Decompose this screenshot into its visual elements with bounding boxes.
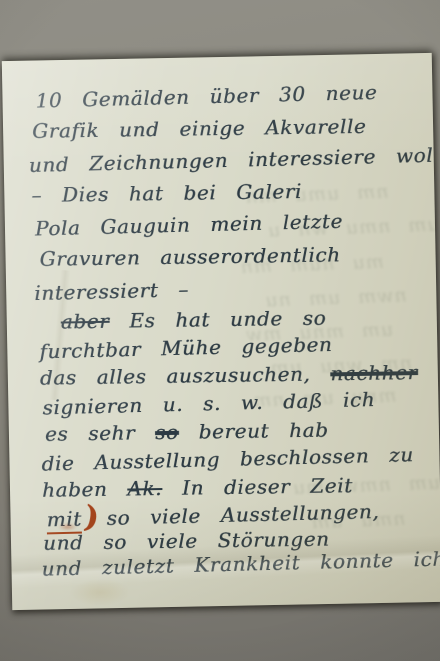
manuscript-line: aber Es hat unde so (61, 305, 327, 335)
manuscript-line: haben Ak. In dieser Zeit (42, 472, 353, 503)
manuscript-line: 10 Gemälden über 30 neue (35, 79, 377, 114)
handwriting-text: 10 Gemälden über 30 neue (35, 80, 377, 113)
manuscript-line: Gravuren ausserordentlich (39, 241, 340, 271)
handwriting-text: die Ausstellung beschlossen zu (41, 442, 414, 475)
struck-out-word: so (155, 420, 179, 444)
manuscript-line: furchtbar Mühe gegeben (39, 331, 333, 364)
manuscript-line: Grafik und einige Akvarelle (32, 113, 367, 144)
handwriting-text: haben (42, 477, 128, 502)
struck-out-word: Ak. (127, 476, 162, 501)
handwriting-text: In dieser Zeit (162, 473, 353, 500)
manuscript-line: interessiert – (34, 276, 189, 306)
handwriting-text: das alles auszusuchen, (40, 361, 331, 389)
struck-out-word: nachher (330, 360, 418, 385)
handwriting-text: es sehr (45, 420, 156, 446)
manuscript-line: Pola Gauguin mein letzte (35, 208, 344, 242)
handwriting-text: Gravuren ausserordentlich (39, 242, 340, 270)
red-ink-mark: ) (83, 507, 101, 529)
struck-out-word: aber (61, 309, 110, 334)
handwriting-text: bereut hab (178, 418, 328, 444)
photo-of-letter: { "scene": { "background_top_color": "#9… (0, 0, 440, 661)
manuscript-line: die Ausstellung beschlossen zu (41, 441, 414, 476)
handwriting-text: interessiert – (34, 277, 189, 305)
manuscript-line: – Dies hat bei Galeri (31, 178, 302, 208)
handwriting-text: Pola Gauguin mein letzte (35, 209, 343, 241)
manuscript-line: und Zeichnungen interessiere wollte (28, 141, 440, 178)
handwriting-text: und Zeichnungen interessiere wollte (28, 142, 440, 177)
handwriting-text: signieren u. s. w. daß ich (42, 387, 375, 419)
manuscript-lines: 10 Gemälden über 30 neueGrafik und einig… (2, 53, 440, 610)
handwriting-text: so viele Ausstellungen, (106, 499, 379, 530)
letter-sheet: nm umu mnum nmu wn umu num mnnwm um nuum… (2, 53, 440, 610)
handwriting-text: furchtbar Mühe gegeben (39, 332, 333, 363)
manuscript-line: es sehr so bereut hab (45, 417, 329, 447)
handwriting-text: – Dies hat bei Galeri (31, 179, 302, 207)
manuscript-line: signieren u. s. w. daß ich (42, 386, 375, 420)
handwriting-text: Es hat unde so (109, 306, 326, 333)
handwriting-text: Grafik und einige Akvarelle (32, 114, 367, 143)
